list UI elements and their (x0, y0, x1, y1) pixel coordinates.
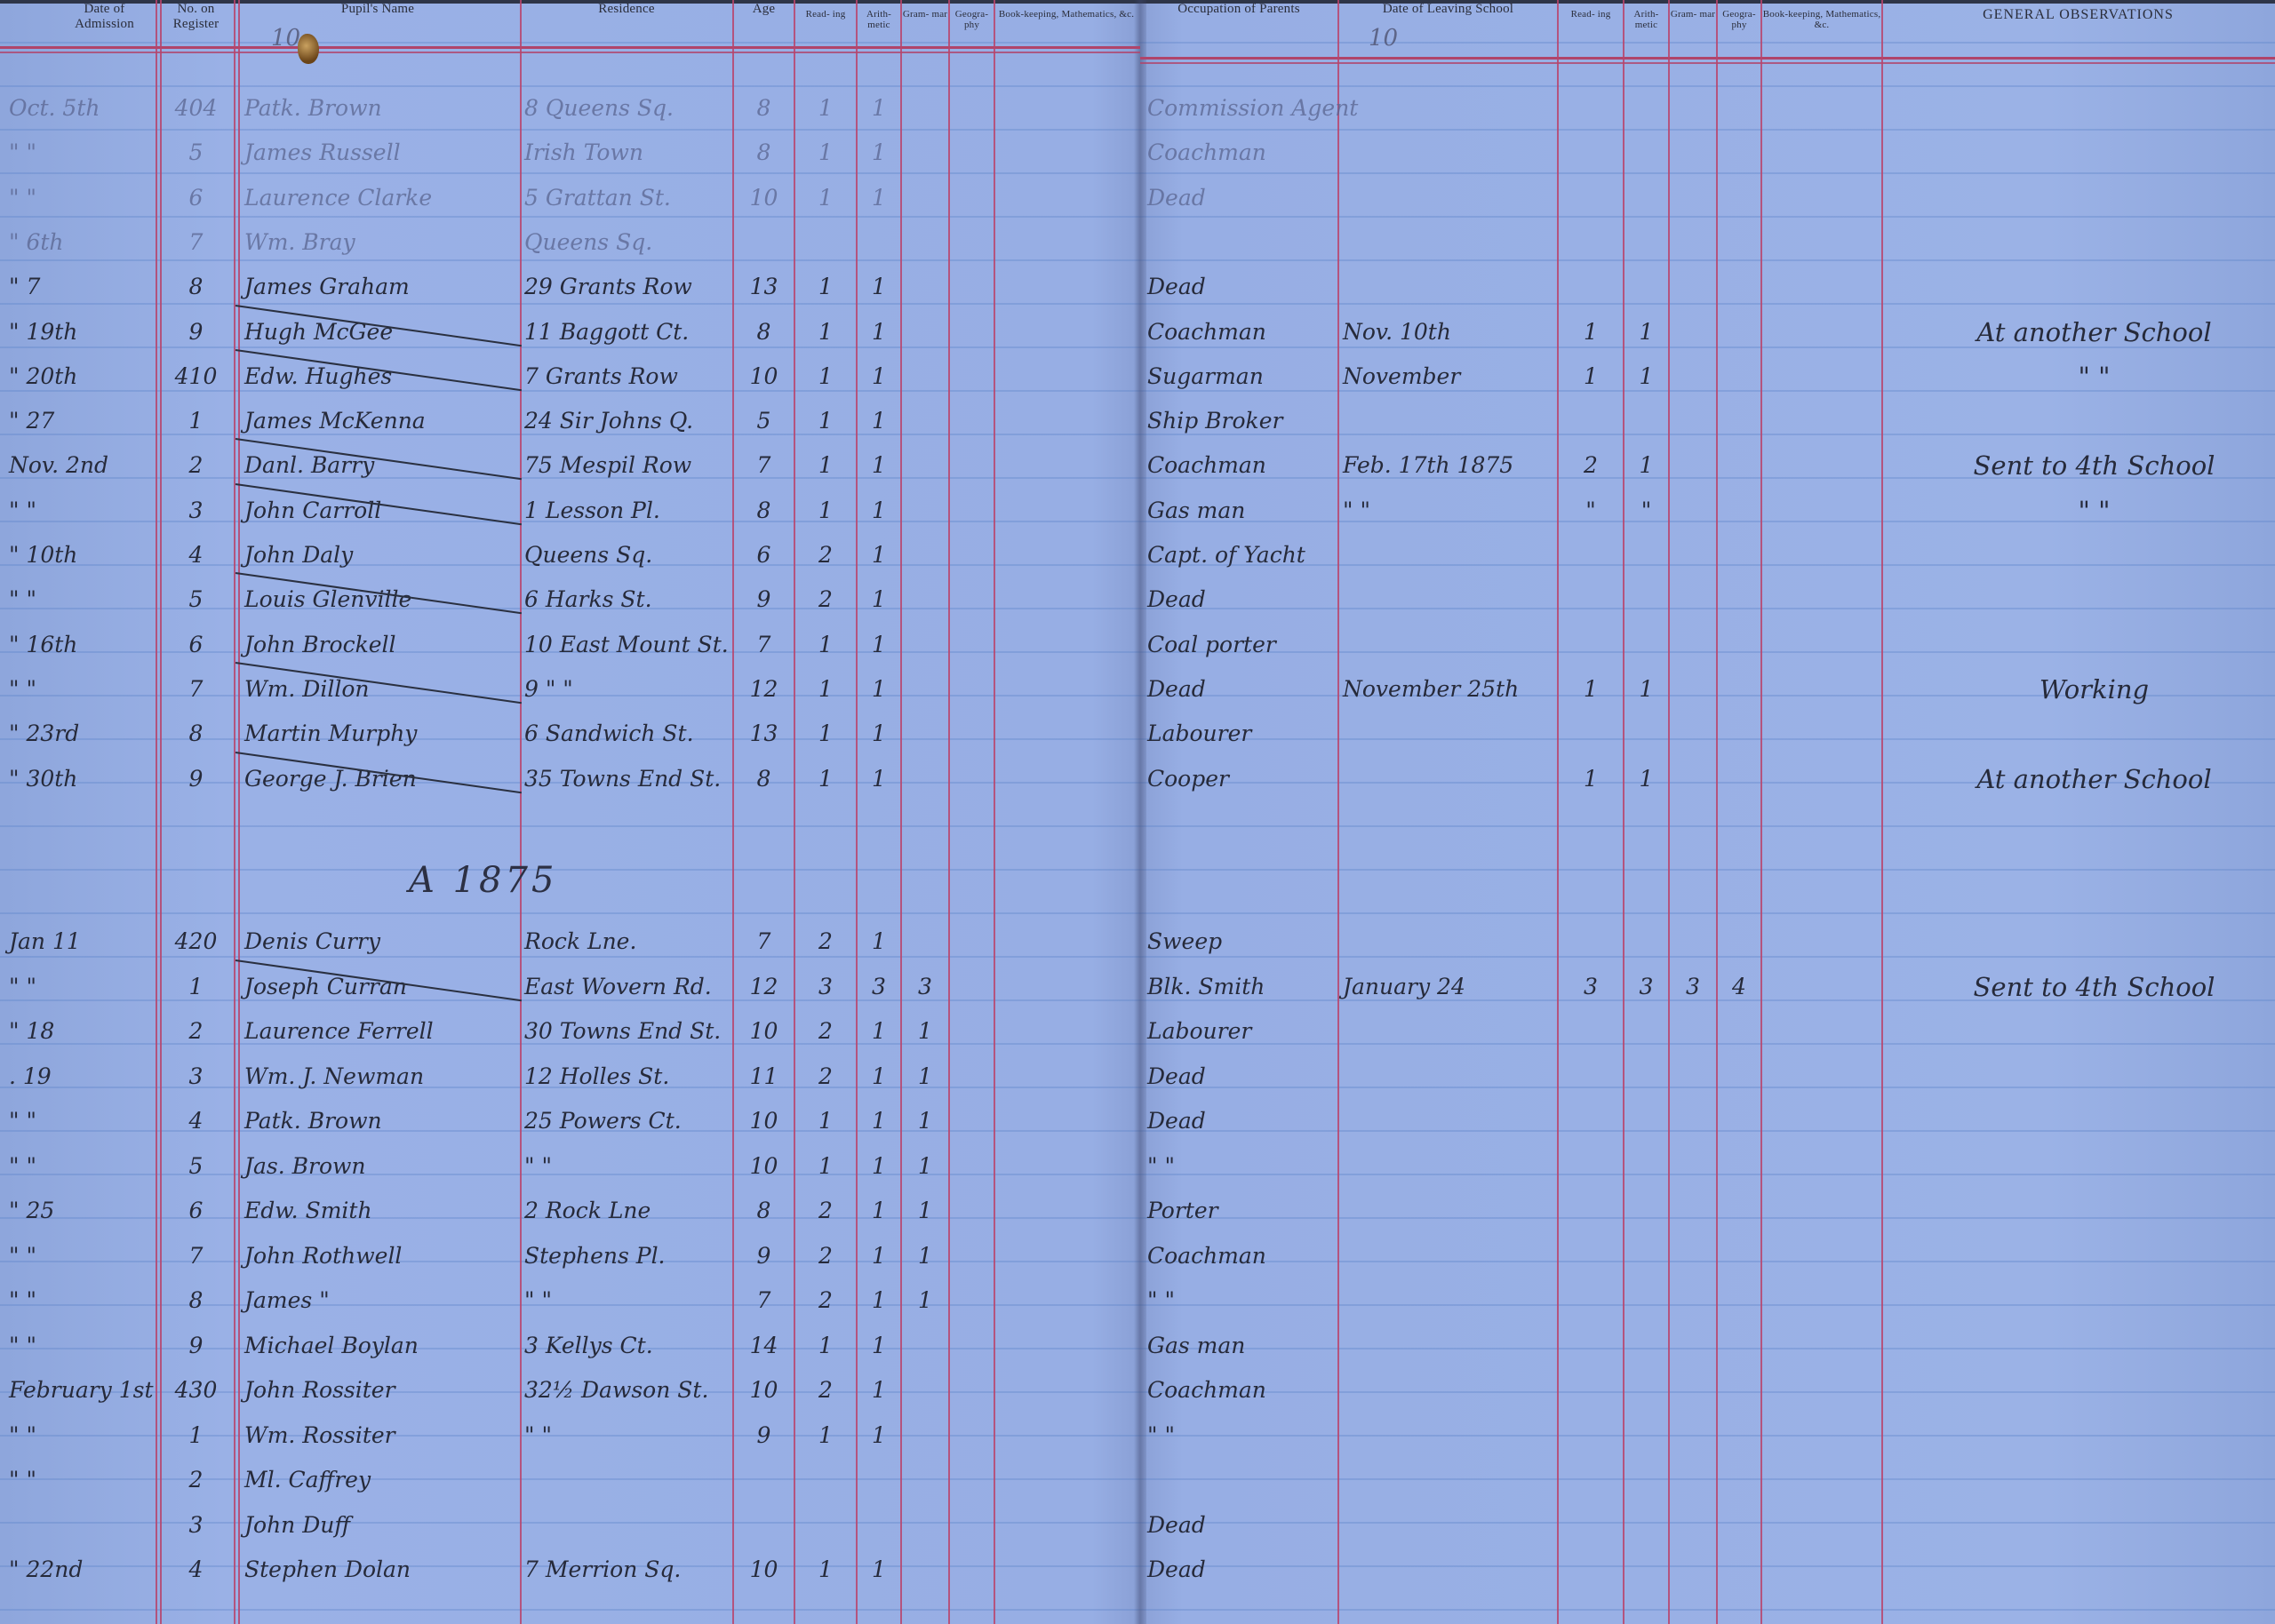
register-row-right: Dead (1140, 577, 2275, 622)
age-cell: 10 (734, 176, 794, 220)
arithmetic-cell: 1 (858, 1144, 900, 1189)
reading-cell: 2 (795, 1278, 856, 1323)
observations-cell (1913, 712, 2275, 756)
register-row: February 1st430John Rossiter32½ Dawson S… (0, 1368, 1140, 1413)
register-number-cell: 8 (158, 265, 234, 309)
date-cell: " 16th (9, 623, 156, 667)
header-leaving-reading: Read- ing (1559, 9, 1623, 20)
register-row-right: CoachmanNov. 10th11At another School (1140, 310, 2275, 354)
register-row-right: DeadNovember 25th11Working (1140, 667, 2275, 712)
grammar-cell (902, 131, 948, 175)
register-row-right: Labourer (1140, 1009, 2275, 1054)
age-cell: 7 (734, 623, 794, 667)
observations-cell (1913, 1548, 2275, 1592)
observations-cell (1913, 265, 2275, 309)
grammar-cell (902, 1503, 948, 1548)
geography-cell (950, 1009, 994, 1054)
leaving-geography-cell (1718, 489, 1760, 533)
leaving-geography-cell (1718, 919, 1760, 964)
leaving-arithmetic-cell (1624, 1009, 1668, 1054)
leaving-grammar-cell (1670, 1413, 1716, 1458)
age-cell (734, 1503, 794, 1548)
register-row-right: Commission Agent (1140, 86, 2275, 131)
geography-cell (950, 310, 994, 354)
header-no-on-register: No. on Register (158, 2, 234, 32)
residence-cell: 10 East Mount St. (524, 623, 733, 667)
leaving-date-cell (1343, 919, 1561, 964)
geography-cell (950, 1548, 994, 1592)
age-cell: 13 (734, 712, 794, 756)
leaving-arithmetic-cell: " (1624, 489, 1668, 533)
register-number-cell: 6 (158, 176, 234, 220)
leaving-reading-cell (1559, 399, 1623, 443)
pupil-name-cell: James " (244, 1278, 520, 1323)
date-cell: Oct. 5th (9, 86, 156, 131)
pupil-name-cell: James McKenna (244, 399, 520, 443)
register-row: " "4Patk. Brown25 Powers Ct.10111 (0, 1099, 1140, 1143)
observations-cell: " " (1913, 489, 2275, 533)
leaving-geography-cell (1718, 443, 1760, 488)
age-cell: 10 (734, 1548, 794, 1592)
leaving-arithmetic-cell (1624, 1548, 1668, 1592)
geography-cell (950, 919, 994, 964)
header-date-of-admission: Date of Admission (53, 2, 156, 32)
age-cell: 7 (734, 919, 794, 964)
register-number-cell: 6 (158, 1189, 234, 1233)
age-cell (734, 1458, 794, 1502)
date-cell: " 7 (9, 265, 156, 309)
leaving-reading-cell (1559, 1009, 1623, 1054)
arithmetic-cell: 1 (858, 1099, 900, 1143)
date-cell: " 10th (9, 533, 156, 577)
grammar-cell (902, 220, 948, 265)
grammar-cell (902, 176, 948, 220)
occupation-cell: Dead (1147, 1548, 1337, 1592)
age-cell: 10 (734, 1368, 794, 1413)
header-occupation-of-parents: Occupation of Parents (1140, 2, 1337, 17)
reading-cell: 1 (795, 131, 856, 175)
register-row-right: Cooper11At another School (1140, 757, 2275, 801)
register-row-right (1140, 1458, 2275, 1502)
leaving-date-cell (1343, 1144, 1561, 1189)
residence-cell: 35 Towns End St. (524, 757, 733, 801)
leaving-date-cell (1343, 533, 1561, 577)
geography-cell (950, 1055, 994, 1099)
leaving-arithmetic-cell: 1 (1624, 667, 1668, 712)
occupation-cell: Dead (1147, 667, 1337, 712)
leaving-date-cell (1343, 265, 1561, 309)
residence-cell: 6 Harks St. (524, 577, 733, 622)
occupation-cell: Dead (1147, 1099, 1337, 1143)
header-age: Age (734, 2, 794, 17)
age-cell: 10 (734, 1009, 794, 1054)
reading-cell: 1 (795, 354, 856, 399)
header-grammar: Gram- mar (902, 9, 948, 20)
leaving-reading-cell (1559, 533, 1623, 577)
leaving-arithmetic-cell: 1 (1624, 757, 1668, 801)
reading-cell: 1 (795, 1413, 856, 1458)
leaving-arithmetic-cell (1624, 1055, 1668, 1099)
grammar-cell (902, 1324, 948, 1368)
residence-cell: 11 Baggott Ct. (524, 310, 733, 354)
reading-cell: 1 (795, 1548, 856, 1592)
register-number-cell: 1 (158, 965, 234, 1009)
date-cell: " 6th (9, 220, 156, 265)
leaving-grammar-cell (1670, 623, 1716, 667)
arithmetic-cell: 1 (858, 757, 900, 801)
observations-cell (1913, 131, 2275, 175)
grammar-cell (902, 1368, 948, 1413)
residence-cell: Queens Sq. (524, 533, 733, 577)
grammar-cell (902, 1548, 948, 1592)
register-number-cell: 410 (158, 354, 234, 399)
leaving-grammar-cell (1670, 1548, 1716, 1592)
age-cell: 10 (734, 1099, 794, 1143)
grammar-cell (902, 623, 948, 667)
date-cell: . 19 (9, 1055, 156, 1099)
grammar-cell (902, 533, 948, 577)
leaving-reading-cell (1559, 1458, 1623, 1502)
residence-cell: 12 Holles St. (524, 1055, 733, 1099)
pupil-name-cell: Hugh McGee (244, 310, 520, 354)
occupation-cell: Dead (1147, 1055, 1337, 1099)
register-row-right (1140, 220, 2275, 265)
observations-cell (1913, 1055, 2275, 1099)
date-cell: " 23rd (9, 712, 156, 756)
leaving-reading-cell: 2 (1559, 443, 1623, 488)
pupil-name-cell: Ml. Caffrey (244, 1458, 520, 1502)
date-cell: " 20th (9, 354, 156, 399)
residence-cell: " " (524, 1413, 733, 1458)
register-row: " 256Edw. Smith2 Rock Lne8211 (0, 1189, 1140, 1233)
register-number-cell: 6 (158, 623, 234, 667)
pupil-name-cell: James Russell (244, 131, 520, 175)
grammar-cell (902, 310, 948, 354)
register-row-right: Capt. of Yacht (1140, 533, 2275, 577)
date-cell: Nov. 2nd (9, 443, 156, 488)
header-pupils-name: Pupil's Name (235, 2, 520, 17)
age-cell: 10 (734, 354, 794, 399)
register-row: " "1Joseph CurranEast Wovern Rd.12333 (0, 965, 1140, 1009)
register-row-right: Blk. SmithJanuary 243334Sent to 4th Scho… (1140, 965, 2275, 1009)
leaving-geography-cell (1718, 712, 1760, 756)
header-geography: Geogra- phy (950, 9, 994, 30)
observations-cell: " " (1913, 354, 2275, 399)
leaving-reading-cell (1559, 1548, 1623, 1592)
leaving-date-cell (1343, 1548, 1561, 1592)
geography-cell (950, 1368, 994, 1413)
leaving-grammar-cell (1670, 1055, 1716, 1099)
reading-cell: 1 (795, 1099, 856, 1143)
leaving-geography-cell (1718, 1503, 1760, 1548)
arithmetic-cell: 1 (858, 443, 900, 488)
leaving-date-cell (1343, 1009, 1561, 1054)
residence-cell: 5 Grattan St. (524, 176, 733, 220)
residence-cell: 30 Towns End St. (524, 1009, 733, 1054)
leaving-arithmetic-cell (1624, 1503, 1668, 1548)
arithmetic-cell: 1 (858, 489, 900, 533)
occupation-cell: Dead (1147, 1503, 1337, 1548)
reading-cell: 1 (795, 443, 856, 488)
register-row: " "5Louis Glenville6 Harks St.921 (0, 577, 1140, 622)
occupation-cell: Dead (1147, 577, 1337, 622)
register-row: " 78James Graham29 Grants Row1311 (0, 265, 1140, 309)
observations-cell (1913, 1413, 2275, 1458)
leaving-grammar-cell (1670, 1324, 1716, 1368)
leaving-arithmetic-cell (1624, 919, 1668, 964)
occupation-cell: Coachman (1147, 1368, 1337, 1413)
geography-cell (950, 176, 994, 220)
header-reading: Read- ing (795, 9, 856, 20)
leaving-reading-cell (1559, 1099, 1623, 1143)
leaving-date-cell (1343, 1458, 1561, 1502)
leaving-date-cell (1343, 712, 1561, 756)
grammar-cell (902, 1458, 948, 1502)
arithmetic-cell: 1 (858, 131, 900, 175)
leaving-date-cell (1343, 1099, 1561, 1143)
pupil-name-cell: Louis Glenville (244, 577, 520, 622)
leaving-geography-cell (1718, 1368, 1760, 1413)
occupation-cell (1147, 220, 1337, 265)
geography-cell (950, 1278, 994, 1323)
occupation-cell: Ship Broker (1147, 399, 1337, 443)
leaving-date-cell (1343, 1324, 1561, 1368)
arithmetic-cell: 1 (858, 1368, 900, 1413)
reading-cell: 1 (795, 623, 856, 667)
leaving-date-cell (1343, 1278, 1561, 1323)
arithmetic-cell: 1 (858, 577, 900, 622)
observations-cell: Working (1913, 667, 2275, 712)
arithmetic-cell: 1 (858, 1324, 900, 1368)
register-row: " "2Ml. Caffrey (0, 1458, 1140, 1502)
pupil-name-cell: John Rossiter (244, 1368, 520, 1413)
register-row-right: Dead (1140, 176, 2275, 220)
leaving-date-cell (1343, 757, 1561, 801)
leaving-geography-cell (1718, 1413, 1760, 1458)
observations-cell (1913, 1189, 2275, 1233)
geography-cell (950, 577, 994, 622)
reading-cell (795, 220, 856, 265)
leaving-grammar-cell (1670, 1144, 1716, 1189)
leaving-reading-cell (1559, 1189, 1623, 1233)
observations-cell: At another School (1913, 757, 2275, 801)
header-leaving-geography: Geogra- phy (1718, 9, 1760, 30)
leaving-geography-cell (1718, 86, 1760, 131)
occupation-cell: Capt. of Yacht (1147, 533, 1337, 577)
register-row: " 16th6John Brockell10 East Mount St.711 (0, 623, 1140, 667)
register-row-right: Dead (1140, 265, 2275, 309)
register-number-cell: 9 (158, 1324, 234, 1368)
leaving-grammar-cell (1670, 399, 1716, 443)
arithmetic-cell: 1 (858, 310, 900, 354)
leaving-geography-cell (1718, 577, 1760, 622)
leaving-geography-cell (1718, 1189, 1760, 1233)
register-row: " 23rd8Martin Murphy6 Sandwich St.1311 (0, 712, 1140, 756)
age-cell: 10 (734, 1144, 794, 1189)
year-marker: A 1875 (409, 860, 557, 901)
register-number-cell: 3 (158, 1055, 234, 1099)
observations-cell (1913, 1324, 2275, 1368)
observations-cell (1913, 577, 2275, 622)
leaving-date-cell: November (1343, 354, 1561, 399)
grammar-cell (902, 757, 948, 801)
observations-cell (1913, 1278, 2275, 1323)
arithmetic-cell: 1 (858, 354, 900, 399)
register-row: " "5Jas. Brown" "10111 (0, 1144, 1140, 1189)
leaving-arithmetic-cell (1624, 399, 1668, 443)
age-cell: 6 (734, 533, 794, 577)
leaving-arithmetic-cell (1624, 1144, 1668, 1189)
date-cell: " " (9, 131, 156, 175)
residence-cell: 7 Grants Row (524, 354, 733, 399)
leaving-geography-cell (1718, 533, 1760, 577)
occupation-cell: Gas man (1147, 1324, 1337, 1368)
leaving-reading-cell (1559, 86, 1623, 131)
observations-cell (1913, 533, 2275, 577)
occupation-cell: Coachman (1147, 131, 1337, 175)
geography-cell (950, 1324, 994, 1368)
leaving-grammar-cell (1670, 667, 1716, 712)
date-cell: " " (9, 1144, 156, 1189)
date-cell: " " (9, 577, 156, 622)
pupil-name-cell: Wm. Dillon (244, 667, 520, 712)
leaving-arithmetic-cell (1624, 1413, 1668, 1458)
arithmetic-cell: 1 (858, 1548, 900, 1592)
residence-cell (524, 1503, 733, 1548)
register-row-right: Gas man (1140, 1324, 2275, 1368)
geography-cell (950, 1144, 994, 1189)
occupation-cell: Gas man (1147, 489, 1337, 533)
age-cell: 13 (734, 265, 794, 309)
date-cell: " 19th (9, 310, 156, 354)
residence-cell: 32½ Dawson St. (524, 1368, 733, 1413)
residence-cell: Rock Lne. (524, 919, 733, 964)
pupil-name-cell: Edw. Hughes (244, 354, 520, 399)
leaving-geography-cell (1718, 1009, 1760, 1054)
leaving-grammar-cell (1670, 354, 1716, 399)
grammar-cell: 1 (902, 1189, 948, 1233)
arithmetic-cell (858, 1458, 900, 1502)
register-row-right: SugarmanNovember11" " (1140, 354, 2275, 399)
occupation-cell: " " (1147, 1278, 1337, 1323)
leaving-reading-cell (1559, 1368, 1623, 1413)
reading-cell: 1 (795, 265, 856, 309)
date-cell: " " (9, 489, 156, 533)
leaving-arithmetic-cell (1624, 220, 1668, 265)
age-cell: 7 (734, 443, 794, 488)
register-number-cell: 3 (158, 1503, 234, 1548)
occupation-cell: Coachman (1147, 1234, 1337, 1278)
leaving-reading-cell: 3 (1559, 965, 1623, 1009)
reading-cell: 2 (795, 577, 856, 622)
reading-cell (795, 1458, 856, 1502)
residence-cell: Irish Town (524, 131, 733, 175)
register-number-cell: 420 (158, 919, 234, 964)
grammar-cell (902, 399, 948, 443)
geography-cell (950, 399, 994, 443)
register-number-cell: 430 (158, 1368, 234, 1413)
header-date-of-leaving-school: Date of Leaving School (1339, 2, 1557, 17)
arithmetic-cell: 1 (858, 533, 900, 577)
residence-cell: Stephens Pl. (524, 1234, 733, 1278)
leaving-date-cell (1343, 399, 1561, 443)
date-cell: " 25 (9, 1189, 156, 1233)
observations-cell (1913, 1234, 2275, 1278)
occupation-cell: Labourer (1147, 712, 1337, 756)
date-cell: " " (9, 965, 156, 1009)
residence-cell: 7 Merrion Sq. (524, 1548, 733, 1592)
register-number-cell: 1 (158, 399, 234, 443)
leaving-date-cell (1343, 220, 1561, 265)
leaving-grammar-cell (1670, 712, 1716, 756)
pupil-name-cell: Wm. J. Newman (244, 1055, 520, 1099)
leaving-grammar-cell (1670, 1009, 1716, 1054)
leaving-reading-cell (1559, 1324, 1623, 1368)
geography-cell (950, 1099, 994, 1143)
geography-cell (950, 533, 994, 577)
register-number-cell: 9 (158, 310, 234, 354)
pupil-name-cell: Laurence Clarke (244, 176, 520, 220)
observations-cell (1913, 1099, 2275, 1143)
leaving-date-cell (1343, 131, 1561, 175)
page-number-right: 10 (1369, 25, 1398, 52)
occupation-cell: " " (1147, 1413, 1337, 1458)
residence-cell: 6 Sandwich St. (524, 712, 733, 756)
arithmetic-cell: 1 (858, 399, 900, 443)
occupation-cell (1147, 1458, 1337, 1502)
register-row-right: Dead (1140, 1055, 2275, 1099)
leaving-reading-cell: 1 (1559, 757, 1623, 801)
register-row-right: Dead (1140, 1503, 2275, 1548)
observations-cell (1913, 1144, 2275, 1189)
reading-cell: 3 (795, 965, 856, 1009)
leaving-grammar-cell (1670, 1458, 1716, 1502)
leaving-grammar-cell (1670, 1278, 1716, 1323)
age-cell: 9 (734, 577, 794, 622)
leaving-arithmetic-cell (1624, 712, 1668, 756)
arithmetic-cell (858, 1503, 900, 1548)
geography-cell (950, 667, 994, 712)
date-cell: " " (9, 1278, 156, 1323)
reading-cell: 1 (795, 757, 856, 801)
leaving-grammar-cell: 3 (1670, 965, 1716, 1009)
pupil-name-cell: Wm. Bray (244, 220, 520, 265)
reading-cell: 1 (795, 86, 856, 131)
geography-cell (950, 1234, 994, 1278)
leaving-geography-cell (1718, 131, 1760, 175)
leaving-date-cell (1343, 1189, 1561, 1233)
register-row-right: Coachman (1140, 131, 2275, 175)
register-row: " 30th9George J. Brien35 Towns End St.81… (0, 757, 1140, 801)
residence-cell: Queens Sq. (524, 220, 733, 265)
leaving-arithmetic-cell (1624, 176, 1668, 220)
date-cell: " " (9, 1413, 156, 1458)
register-row: " "9Michael Boylan3 Kellys Ct.1411 (0, 1324, 1140, 1368)
reading-cell: 2 (795, 919, 856, 964)
register-row-right: Labourer (1140, 712, 2275, 756)
leaving-reading-cell (1559, 176, 1623, 220)
leaving-grammar-cell (1670, 757, 1716, 801)
leaving-reading-cell (1559, 265, 1623, 309)
leaving-grammar-cell (1670, 1503, 1716, 1548)
pupil-name-cell: Martin Murphy (244, 712, 520, 756)
leaving-geography-cell (1718, 176, 1760, 220)
pupil-name-cell: Laurence Ferrell (244, 1009, 520, 1054)
register-row: 3John Duff (0, 1503, 1140, 1548)
age-cell: 14 (734, 1324, 794, 1368)
age-cell: 7 (734, 1278, 794, 1323)
leaving-geography-cell (1718, 220, 1760, 265)
